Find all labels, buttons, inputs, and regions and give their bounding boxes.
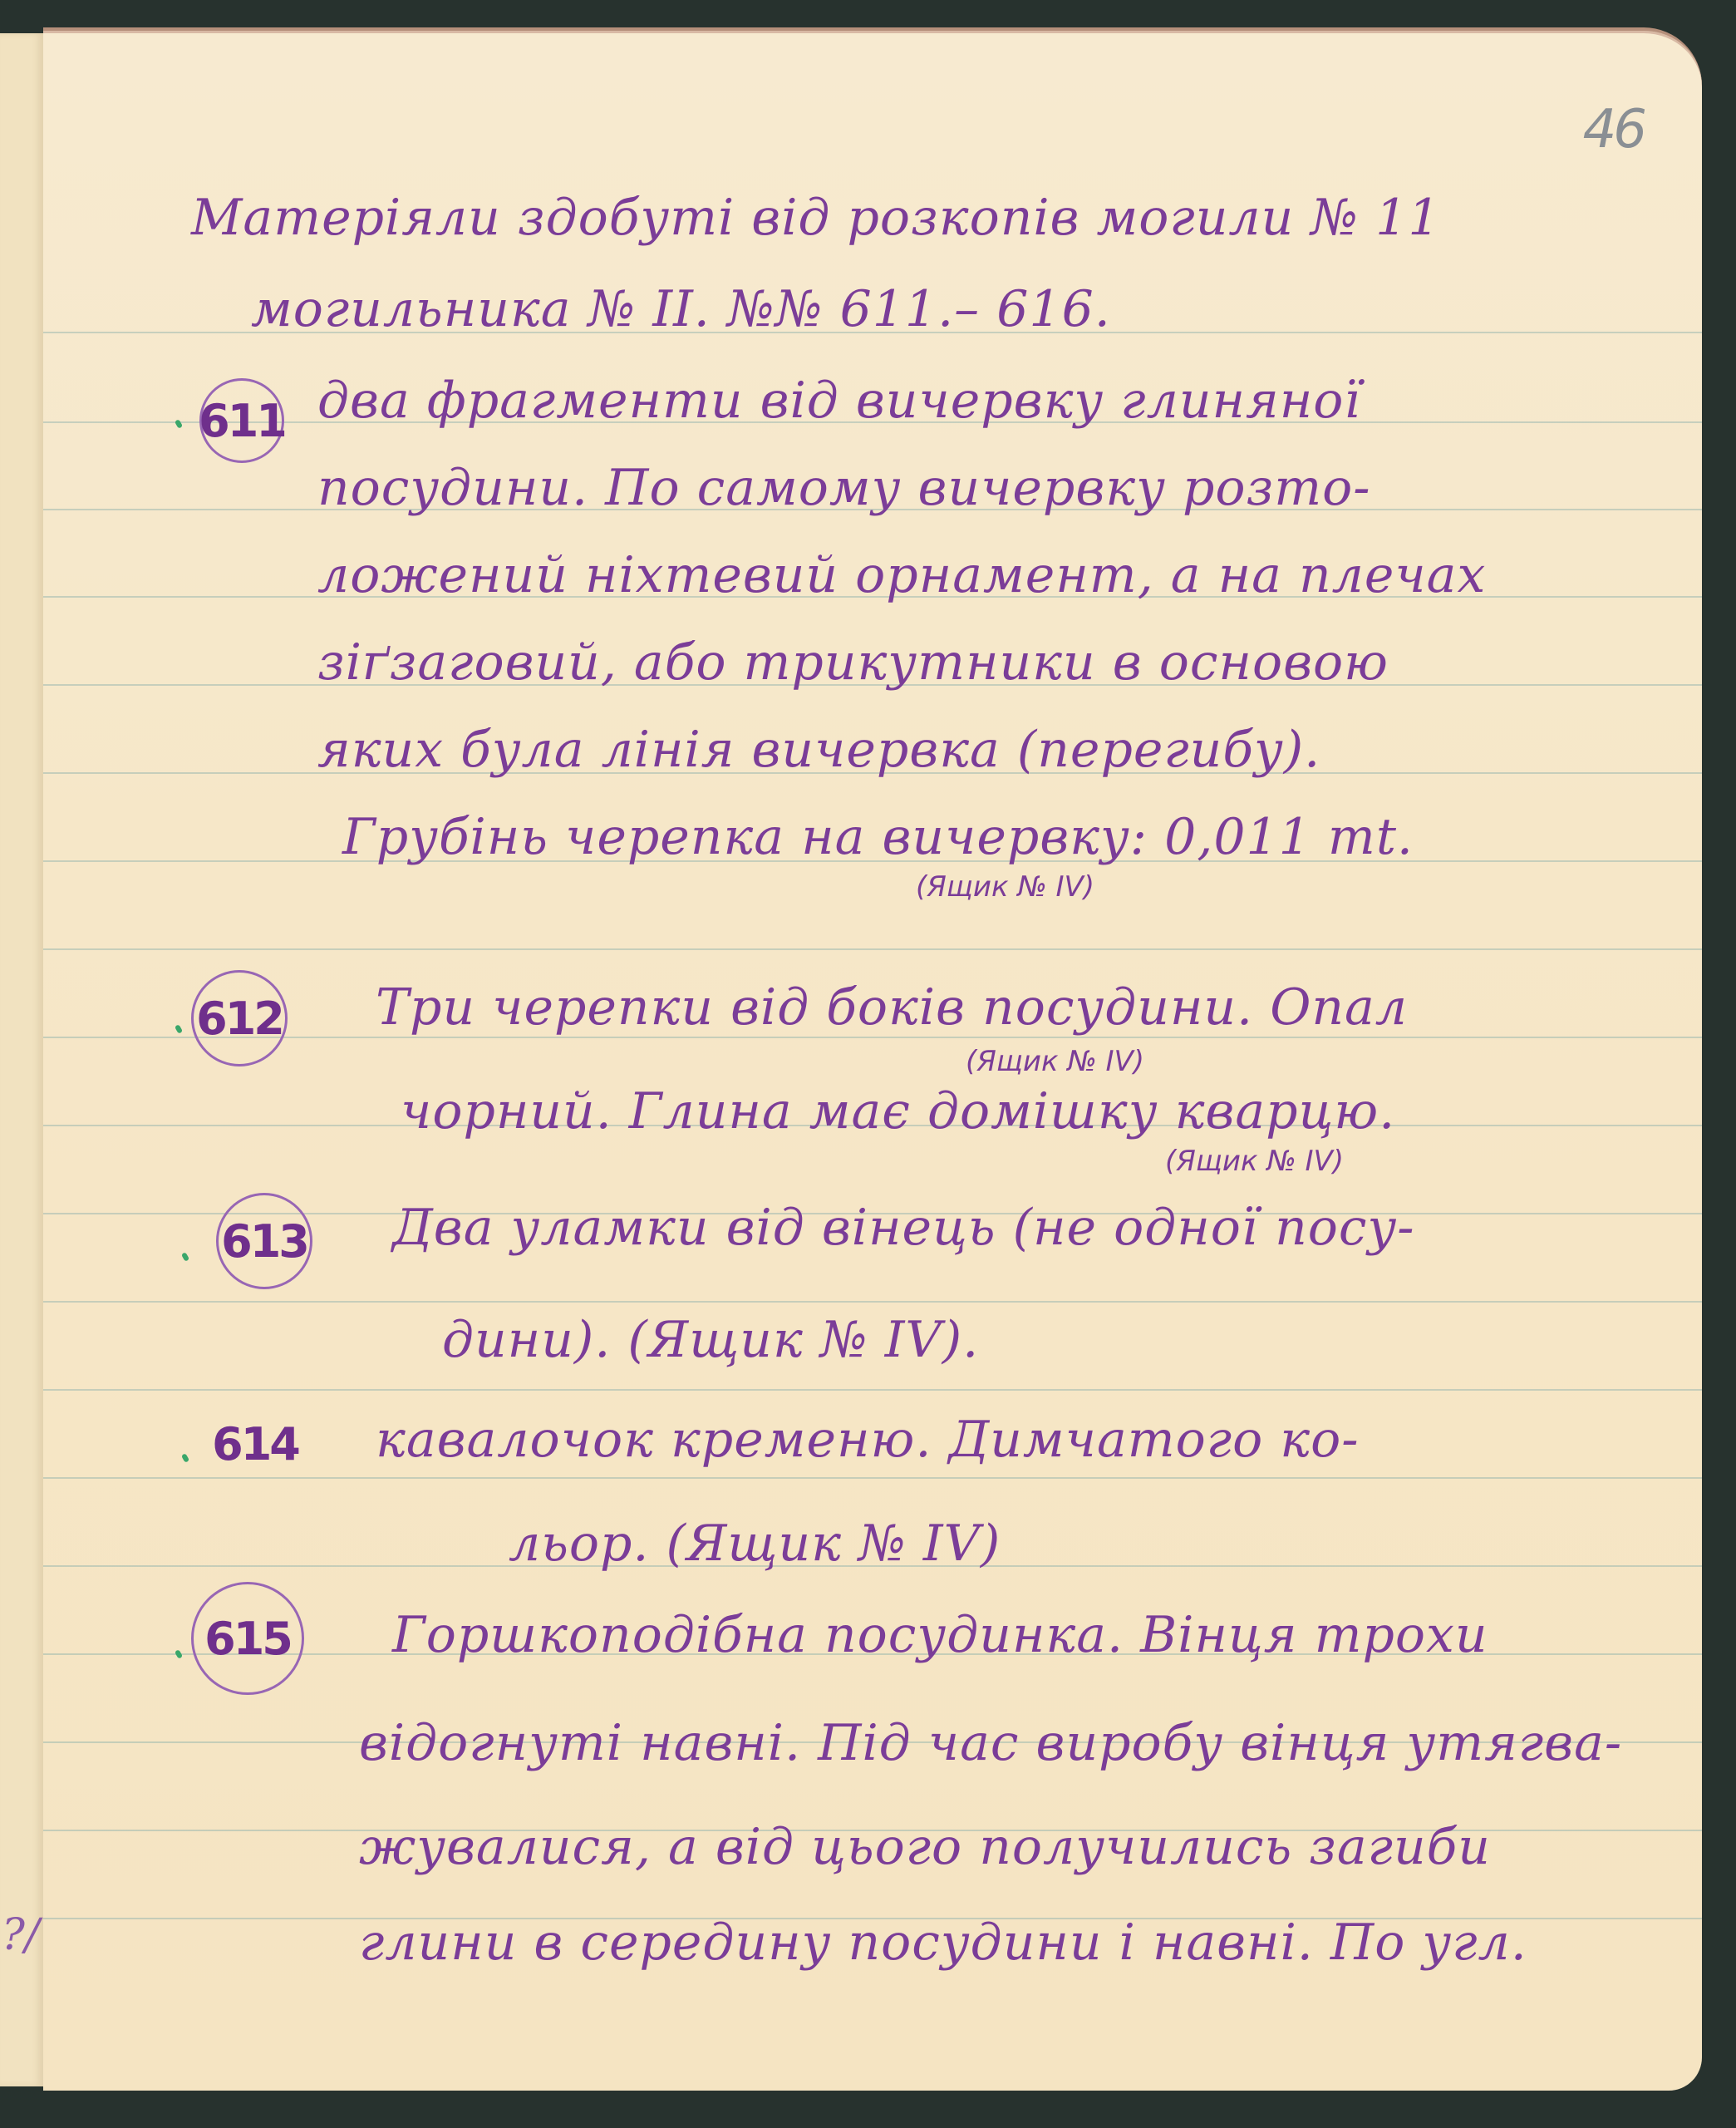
entry-615-line-1: Горшкоподібна посудинка. Вінця трохи — [392, 1606, 1488, 1664]
entry-number-615: 615 — [191, 1582, 304, 1695]
page-number: 46 — [1583, 99, 1644, 160]
ruled-line — [43, 1301, 1702, 1303]
entry-number-614: 614 — [209, 1406, 301, 1481]
entry-615-line-2: відогнуті навні. Під час виробу вінця ут… — [359, 1714, 1622, 1772]
check-tick-icon — [181, 1252, 189, 1262]
entry-615-line-4: глини в середину посудини і навні. По уг… — [359, 1914, 1527, 1972]
notebook-page: 46 Матеріяли здобуті від розкопів могили… — [43, 27, 1702, 2091]
entry-614-line-2: льор. (Ящик № IV) — [509, 1515, 1001, 1573]
check-tick-icon — [175, 1649, 183, 1659]
entry-614-line-1: кавалочок кременю. Димчатого ко- — [376, 1411, 1359, 1469]
entry-number-612: 612 — [191, 970, 288, 1066]
ruled-line — [43, 948, 1702, 950]
header-line-2: могильника № II. №№ 611.– 616. — [251, 280, 1111, 338]
entry-number-611: 611 — [199, 378, 284, 463]
entry-611-line-3: ложений ніхтевий орнамент, а на плечах — [317, 546, 1486, 604]
entry-611-line-2: посудини. По самому вичервку розто- — [317, 459, 1371, 517]
entry-615-line-3: жувалися, а від цього получились загиби — [359, 1818, 1491, 1876]
facing-page-edge: ?/. — [0, 33, 45, 2086]
check-tick-icon — [181, 1453, 189, 1463]
header-line-1: Матеріяли здобуті від розкопів могили № … — [191, 189, 1441, 247]
entry-611-line-5: яких була лінія вичервка (перегибу). — [317, 721, 1320, 779]
check-tick-icon — [175, 1024, 183, 1034]
entry-612-line-2: чорний. Глина має домішку кварцю. — [401, 1082, 1395, 1140]
entry-612-line-1: Три черепки від боків посудини. Опал — [376, 978, 1408, 1037]
entry-611-line-6: Грубінь черепка на вичервку: 0,011 mt. — [342, 808, 1414, 866]
ruled-line — [43, 1037, 1702, 1038]
entry-612-box-annotation-2: (Ящик № IV) — [1165, 1145, 1344, 1178]
entry-611-box-annotation: (Ящик № IV) — [916, 870, 1094, 904]
entry-612-box-annotation-1: (Ящик № IV) — [966, 1045, 1144, 1078]
ruled-line — [43, 1389, 1702, 1391]
check-tick-icon — [175, 419, 183, 429]
entry-611-line-4: зіґзаговий, або трикутники в основою — [317, 633, 1389, 692]
entry-number-613: 613 — [216, 1193, 312, 1289]
entry-613-line-2: дини). (Ящик № IV). — [442, 1311, 979, 1369]
entry-611-line-1: два фрагменти від вичервку глиняної — [317, 372, 1361, 430]
entry-613-line-1: Два уламки від вінець (не одної посу- — [392, 1199, 1415, 1257]
